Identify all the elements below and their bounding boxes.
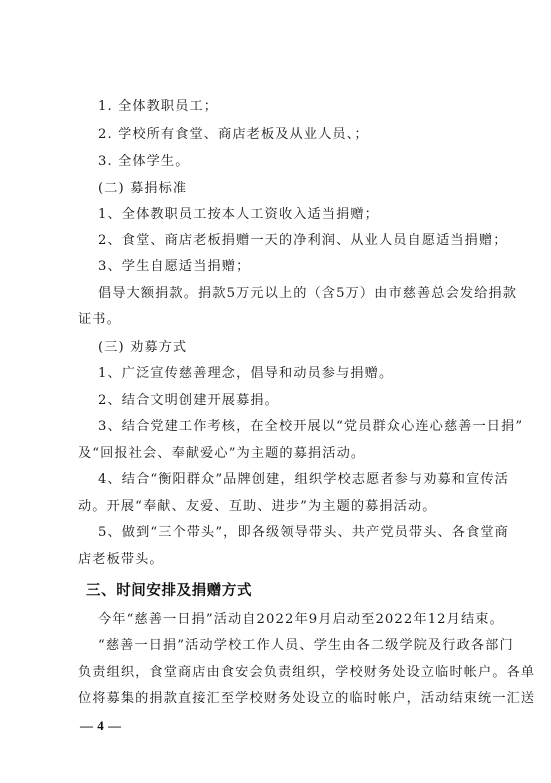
method-item-3: 3、结合党建工作考核，在全校开展以“党员群众心连心慈善一日捐” (98, 418, 523, 436)
schedule-paragraph-2-cont: 负责组织，食堂商店由食安会负责组织，学校财务处设立临时帐户。各单 (78, 664, 535, 682)
method-item-2: 2、结合文明创建开展募捐。 (98, 392, 279, 410)
schedule-paragraph-2: “慈善一日捐”活动学校工作人员、学生由各二级学院及行政各部门 (98, 637, 514, 655)
standard-item-1: 1、全体教职员工按本人工资收入适当捐赠； (98, 206, 379, 224)
list-item-vendors: 2. 学校所有食堂、商店老板及从业人员、； (98, 126, 369, 144)
large-donation-paragraph: 倡导大额捐款。捐款5万元以上的（含5万）由市慈善总会发给捐款 (98, 285, 517, 303)
list-item-students: 3. 全体学生。 (98, 153, 190, 171)
method-item-3-cont: 及“回报社会、奉献爱心”为主题的募捐活动。 (78, 445, 365, 463)
schedule-paragraph-2-cont2: 位将募集的捐款直接汇至学校财务处设立的临时帐户，活动结束统一汇送 (78, 690, 535, 708)
subheading-solicitation-methods: (三) 劝募方式 (98, 339, 187, 357)
method-item-4: 4、结合“衡阳群众”品牌创建，组织学校志愿者参与劝募和宣传活 (98, 471, 509, 489)
large-donation-paragraph-cont: 证书。 (78, 311, 121, 329)
page-number: — 4 — (80, 717, 122, 735)
schedule-paragraph-1: 今年“慈善一日捐”活动自2022年9月启动至2022年12月结束。 (98, 611, 504, 629)
section-heading-schedule: 三、时间安排及捐赠方式 (86, 581, 252, 601)
subheading-donation-standard: (二) 募捐标准 (98, 180, 187, 198)
method-item-1: 1、广泛宣传慈善理念，倡导和动员参与捐赠。 (98, 365, 393, 383)
list-item-staff: 1. 全体教职员工； (98, 98, 218, 116)
method-item-5-cont: 店老板带头。 (78, 551, 164, 569)
document-page: 1. 全体教职员工； 2. 学校所有食堂、商店老板及从业人员、； 3. 全体学生… (0, 0, 551, 783)
method-item-4-cont: 动。开展“奉献、友爱、互助、进步”为主题的募捐活动。 (78, 498, 437, 516)
standard-item-3: 3、学生自愿适当捐赠； (98, 258, 250, 276)
method-item-5: 5、做到“三个带头”，即各级领导带头、共产党员带头、各食堂商 (98, 524, 509, 542)
standard-item-2: 2、食堂、商店老板捐赠一天的净利润、从业人员自愿适当捐赠； (98, 232, 508, 250)
